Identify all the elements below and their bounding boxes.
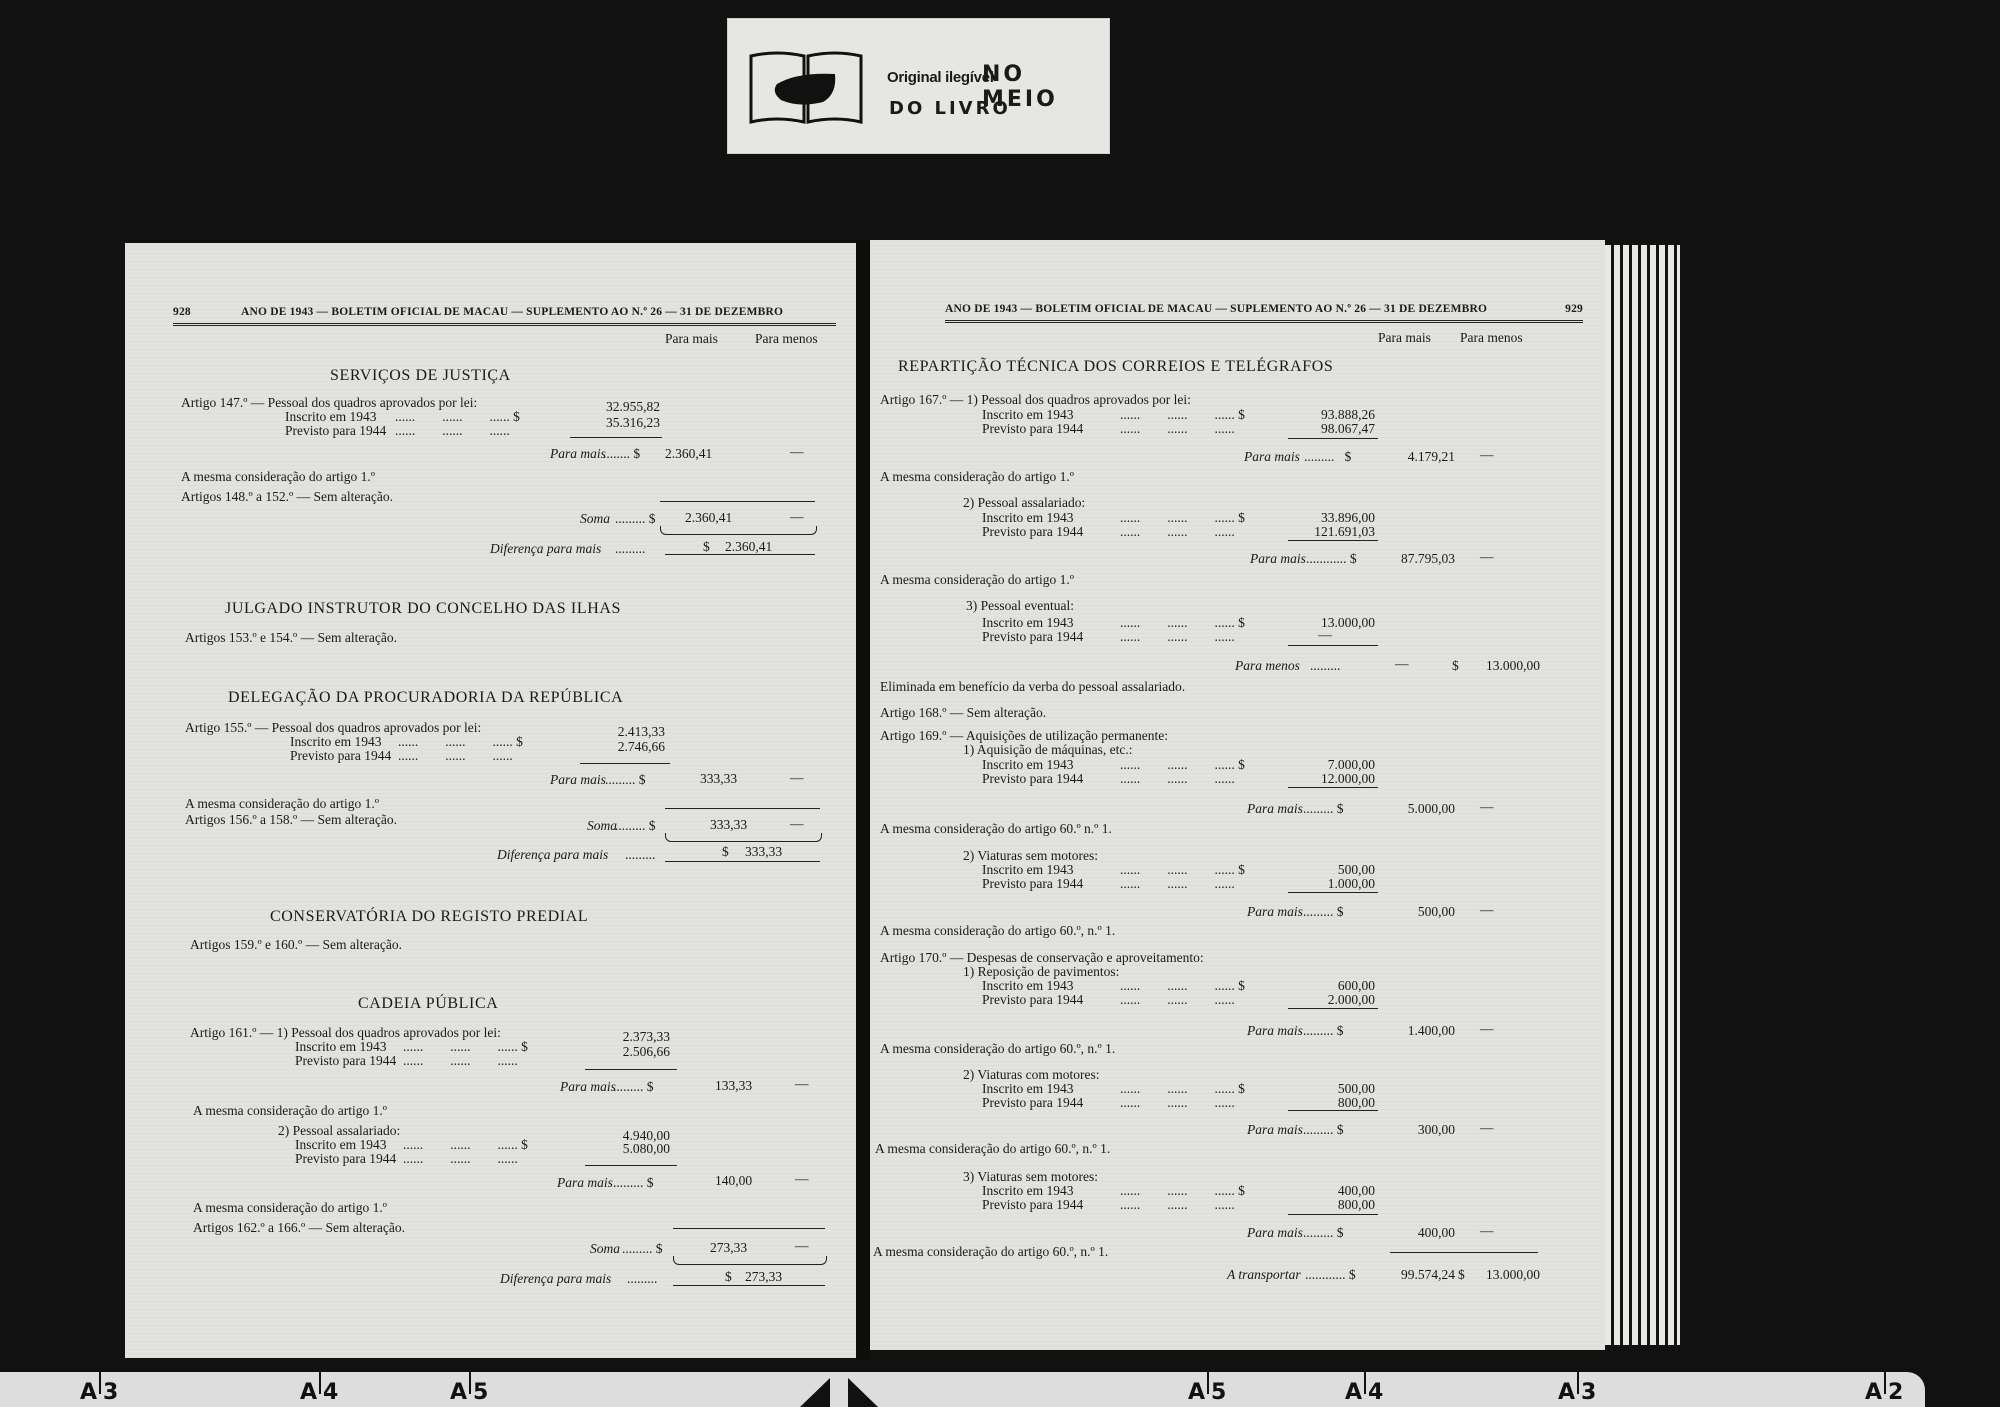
right-page: ANO DE 1943 — BOLETIM OFICIAL DE MACAU —… <box>870 240 1605 1350</box>
previsto-label: Previsto para 1944 <box>295 1053 396 1068</box>
leader-dots: ......... $ <box>1304 449 1351 464</box>
sum-rule <box>585 1069 677 1070</box>
leader-dots: ...... ...... ...... <box>1120 876 1235 891</box>
note: Eliminada em benefício da verba do pesso… <box>880 679 1185 694</box>
inscrito-label: Inscrito em 1943 <box>982 615 1073 630</box>
ruler-marker: A3 <box>1558 1380 1596 1405</box>
para-mais-value: 500,00 <box>1375 904 1455 920</box>
leader-dots: ......... <box>1310 658 1340 673</box>
leader-dots: ...... ...... ...... <box>403 1151 518 1166</box>
previsto-value: 2.746,66 <box>585 739 665 755</box>
leader-dots: ......... $ <box>622 1241 663 1256</box>
scan-ruler: A3 A4 A5 A5 A4 A3 A2 <box>0 1372 1925 1407</box>
leader-dots: ...... ...... ...... $ <box>398 734 523 749</box>
leader-dots: ......... <box>627 1271 657 1286</box>
note: A mesma consideração do artigo 1.º <box>193 1103 387 1118</box>
transportar-mais-value: 99.574,24 <box>1375 1267 1455 1283</box>
inscrito-label: Inscrito em 1943 <box>982 862 1073 877</box>
left-page: 928 ANO DE 1943 — BOLETIM OFICIAL DE MAC… <box>125 243 856 1358</box>
artigo-line: Artigo 167.º — 1) Pessoal dos quadros ap… <box>880 392 1191 407</box>
inscrito-label: Inscrito em 1943 <box>290 734 381 749</box>
previsto-value: 800,00 <box>1285 1197 1375 1213</box>
note: A mesma consideração do artigo 60.º, n.º… <box>873 1244 1108 1259</box>
rule <box>665 861 820 862</box>
inscrito-label: Inscrito em 1943 <box>295 1039 386 1054</box>
section-title: CADEIA PÚBLICA <box>358 995 498 1013</box>
inscrito-label: Inscrito em 1943 <box>295 1137 386 1152</box>
sum-rule <box>1288 1008 1378 1009</box>
para-mais-value: 133,33 <box>715 1078 775 1094</box>
previsto-label: Previsto para 1944 <box>285 423 386 438</box>
sem-alteracao: Artigos 153.º e 154.º — Sem alteração. <box>185 630 397 645</box>
leader-dots: ......... $ <box>1303 1023 1344 1038</box>
note: A mesma consideração do artigo 1.º <box>880 572 1074 587</box>
page-number: 928 <box>173 306 191 318</box>
note: A mesma consideração do artigo 1.º <box>880 469 1074 484</box>
sub-item-title: 3) Viaturas sem motores: <box>963 1169 1098 1184</box>
leader-dots: ...... ...... ...... $ <box>395 409 520 424</box>
artigo-line: Artigo 170.º — Despesas de conservação e… <box>880 950 1204 965</box>
leader-dots: ......... $ <box>1303 1225 1344 1240</box>
diferenca-value: 273,33 <box>745 1269 805 1285</box>
inscrito-label: Inscrito em 1943 <box>285 409 376 424</box>
para-menos-dash: — <box>790 444 804 460</box>
section-title: JULGADO INSTRUTOR DO CONCELHO DAS ILHAS <box>225 600 621 618</box>
sum-rule <box>1288 1110 1378 1111</box>
leader-dots: ...... ...... ...... $ <box>1120 757 1245 772</box>
para-mais-label: Para mais <box>550 772 606 787</box>
dash: — <box>1480 447 1494 463</box>
leader-dots: ......... <box>615 541 645 556</box>
artigo-line: Artigo 147.º — Pessoal dos quadros aprov… <box>181 395 477 410</box>
page-number: 929 <box>1565 303 1583 315</box>
soma-label: Soma <box>580 511 610 526</box>
transportar-label: A transportar <box>1227 1267 1301 1282</box>
previsto-value: 121.691,03 <box>1285 524 1375 540</box>
dash: — <box>1395 656 1409 672</box>
soma-value: 2.360,41 <box>685 510 765 526</box>
leader-dots: ...... ...... ...... <box>403 1053 518 1068</box>
para-mais-label: Para mais <box>557 1175 613 1190</box>
rule <box>673 1285 825 1286</box>
leader-dots: ...... ...... ...... <box>1120 992 1235 1007</box>
sub-item-title: 2) Pessoal assalariado: <box>278 1123 400 1138</box>
soma-label: Soma <box>587 818 617 833</box>
leader-dots: ...... ...... ...... $ <box>1120 615 1245 630</box>
leader-dots: ...... ...... ...... <box>1120 771 1235 786</box>
leader-dots: ...... ...... ...... $ <box>1120 407 1245 422</box>
leader-dots: ...... ...... ...... <box>1120 1197 1235 1212</box>
leader-dots: ...... ...... ...... $ <box>1120 978 1245 993</box>
sub-item-title: 2) Pessoal assalariado: <box>963 495 1085 510</box>
diferenca-label: Diferença para mais <box>500 1271 611 1286</box>
section-title: REPARTIÇÃO TÉCNICA DOS CORREIOS E TELÉGR… <box>898 358 1333 376</box>
sub-item-title: 1) Reposição de pavimentos: <box>963 964 1119 979</box>
leader-dots: ........ $ <box>603 446 640 461</box>
sum-rule <box>1288 438 1378 439</box>
diferenca-label: Diferença para mais <box>497 847 608 862</box>
para-mais-value: 400,00 <box>1375 1225 1455 1241</box>
header-rule <box>173 323 836 326</box>
leader-dots: ......... <box>625 847 655 862</box>
dash: — <box>795 1171 809 1187</box>
sum-rule <box>1288 540 1378 541</box>
para-mais-value: 87.795,03 <box>1375 551 1455 567</box>
book-gutter <box>856 240 870 1360</box>
dash: — <box>1480 799 1494 815</box>
printed-label-text: Original ilegível <box>887 69 994 86</box>
rule <box>660 501 815 502</box>
sub-item-title: 2) Viaturas com motores: <box>963 1067 1100 1082</box>
sem-alteracao: Artigos 156.º a 158.º — Sem alteração. <box>185 812 397 827</box>
diferenca-value: 2.360,41 <box>725 539 805 555</box>
previsto-value: 12.000,00 <box>1285 771 1375 787</box>
leader-dots: ......... $ <box>613 1079 654 1094</box>
inscrito-label: Inscrito em 1943 <box>982 510 1073 525</box>
brace <box>665 833 822 842</box>
leader-dots: ...... ...... ...... <box>1120 1095 1235 1110</box>
previsto-value: 98.067,47 <box>1285 421 1375 437</box>
note: A mesma consideração do artigo 60.º, n.º… <box>875 1141 1110 1156</box>
para-mais-label: Para mais <box>1250 551 1306 566</box>
leader-dots: ......... $ <box>613 1175 654 1190</box>
para-mais-label: Para mais <box>1247 1225 1303 1240</box>
brace <box>660 526 817 535</box>
sub-item-title: 3) Pessoal eventual: <box>966 598 1074 613</box>
previsto-value: 35.316,23 <box>580 415 660 431</box>
rule <box>665 554 815 555</box>
book-page-edges <box>1605 245 1680 1345</box>
leader-dots: ............ $ <box>1306 551 1357 566</box>
artigo-line: Artigo 155.º — Pessoal dos quadros aprov… <box>185 720 481 735</box>
sub-item-title: 1) Aquisição de máquinas, etc.: <box>963 742 1132 757</box>
leader-dots: ...... ...... ...... <box>398 748 513 763</box>
para-mais-label: Para mais <box>1244 449 1300 464</box>
leader-dots: ...... ...... ...... <box>1120 421 1235 436</box>
note: A mesma consideração do artigo 60.º, n.º… <box>880 923 1115 938</box>
leader-dots: ...... ...... ...... <box>395 423 510 438</box>
header-title: ANO DE 1943 — BOLETIM OFICIAL DE MACAU —… <box>241 306 783 318</box>
inscrito-label: Inscrito em 1943 <box>982 1183 1073 1198</box>
sub-item-title: 2) Viaturas sem motores: <box>963 848 1098 863</box>
sum-rule <box>1288 1214 1378 1215</box>
inscrito-value: 2.373,33 <box>590 1029 670 1045</box>
illegible-original-label: Original ilegível NO MEIO DO LIVRO <box>727 18 1110 154</box>
rule <box>665 808 820 809</box>
inscrito-label: Inscrito em 1943 <box>982 978 1073 993</box>
leader-dots: ............ $ <box>1305 1267 1356 1282</box>
note: A mesma consideração do artigo 1.º <box>193 1200 387 1215</box>
running-header: 928 ANO DE 1943 — BOLETIM OFICIAL DE MAC… <box>173 306 836 326</box>
previsto-value: 2.000,00 <box>1285 992 1375 1008</box>
col-para-menos: Para menos <box>1460 330 1523 346</box>
handwritten-note-line2: DO LIVRO <box>889 98 1011 119</box>
soma-value: 273,33 <box>710 1240 770 1256</box>
previsto-label: Previsto para 1944 <box>982 876 1083 891</box>
ruler-marker: A5 <box>1188 1380 1226 1405</box>
col-para-mais: Para mais <box>665 331 718 347</box>
dash: — <box>790 816 804 832</box>
para-mais-label: Para mais <box>1247 801 1303 816</box>
brace <box>673 1256 827 1265</box>
previsto-label: Previsto para 1944 <box>290 748 391 763</box>
section-title: DELEGAÇÃO DA PROCURADORIA DA REPÚBLICA <box>228 689 623 707</box>
section-title: CONSERVATÓRIA DO REGISTO PREDIAL <box>270 908 588 926</box>
leader-dots: ...... ...... ...... $ <box>403 1137 528 1152</box>
soma-value: 333,33 <box>710 817 770 833</box>
leader-dots: ......... $ <box>1303 1122 1344 1137</box>
inscrito-value: 32.955,82 <box>580 399 660 415</box>
soma-label: Soma <box>590 1241 620 1256</box>
leader-dots: ......... $ <box>615 511 656 526</box>
currency: $ <box>1458 1267 1465 1282</box>
leader-dots: ...... ...... ...... $ <box>1120 862 1245 877</box>
currency: $ <box>703 539 710 554</box>
dash: — <box>790 509 804 525</box>
ruler-marker: A4 <box>300 1380 338 1405</box>
sum-rule <box>1288 892 1378 893</box>
leader-dots: ...... ...... ...... $ <box>1120 1081 1245 1096</box>
para-mais-label: Para mais <box>550 446 606 461</box>
leader-dots: ...... ...... ...... <box>1120 524 1235 539</box>
artigo-line: Artigo 169.º — Aquisições de utilização … <box>880 728 1168 743</box>
dash: — <box>1480 549 1494 565</box>
inscrito-value: 2.413,33 <box>585 724 665 740</box>
leader-dots: ......... $ <box>1303 904 1344 919</box>
artigo-line: Artigo 168.º — Sem alteração. <box>880 705 1046 720</box>
dash: — <box>1480 902 1494 918</box>
para-mais-value: 140,00 <box>715 1173 775 1189</box>
sum-rule <box>1288 787 1378 788</box>
sum-rule <box>1288 645 1378 646</box>
previsto-label: Previsto para 1944 <box>295 1151 396 1166</box>
currency: $ <box>722 844 729 859</box>
col-para-mais: Para mais <box>1378 330 1431 346</box>
previsto-value: 800,00 <box>1285 1095 1375 1111</box>
previsto-label: Previsto para 1944 <box>982 1197 1083 1212</box>
previsto-value: 2.506,66 <box>590 1044 670 1060</box>
col-para-menos: Para menos <box>755 331 818 347</box>
previsto-label: Previsto para 1944 <box>982 524 1083 539</box>
para-mais-label: Para mais <box>1247 904 1303 919</box>
note: A mesma consideração do artigo 1.º <box>181 469 375 484</box>
sem-alteracao: Artigos 162.º a 166.º — Sem alteração. <box>193 1220 405 1235</box>
note: A mesma consideração do artigo 60.º n.º … <box>880 821 1112 836</box>
previsto-label: Previsto para 1944 <box>982 771 1083 786</box>
previsto-value: — <box>1305 627 1345 643</box>
sem-alteracao: Artigos 159.º e 160.º — Sem alteração. <box>190 937 402 952</box>
para-mais-label: Para mais <box>1247 1122 1303 1137</box>
sem-alteracao: Artigos 148.º a 152.º — Sem alteração. <box>181 489 393 504</box>
dash: — <box>795 1076 809 1092</box>
previsto-label: Previsto para 1944 <box>982 992 1083 1007</box>
rule <box>673 1228 825 1229</box>
header-title: ANO DE 1943 — BOLETIM OFICIAL DE MACAU —… <box>945 303 1487 315</box>
sum-rule <box>570 437 662 438</box>
para-mais-value: 1.400,00 <box>1375 1023 1455 1039</box>
para-menos-label: Para menos <box>1235 658 1300 673</box>
center-arrows-icon <box>800 1378 880 1407</box>
para-mais-value: 2.360,41 <box>665 446 745 462</box>
ruler-marker: A5 <box>450 1380 488 1405</box>
currency: $ <box>1452 658 1459 673</box>
total-rule <box>1390 1252 1538 1253</box>
header-rule <box>945 320 1583 323</box>
damaged-book-icon <box>747 50 865 126</box>
dash: — <box>1480 1021 1494 1037</box>
para-mais-value: 300,00 <box>1375 1122 1455 1138</box>
para-mais-value: 333,33 <box>700 771 760 787</box>
ruler-marker: A4 <box>1345 1380 1383 1405</box>
previsto-label: Previsto para 1944 <box>982 1095 1083 1110</box>
sum-rule <box>585 1165 677 1166</box>
leader-dots: ...... ...... ...... <box>1120 629 1235 644</box>
inscrito-label: Inscrito em 1943 <box>982 757 1073 772</box>
note: A mesma consideração do artigo 1.º <box>185 796 379 811</box>
section-title: SERVIÇOS DE JUSTIÇA <box>330 367 511 385</box>
previsto-label: Previsto para 1944 <box>982 421 1083 436</box>
para-mais-label: Para mais <box>1247 1023 1303 1038</box>
previsto-value: 1.000,00 <box>1285 876 1375 892</box>
inscrito-label: Inscrito em 1943 <box>982 407 1073 422</box>
previsto-value: 5.080,00 <box>590 1141 670 1157</box>
diferenca-label: Diferença para mais <box>490 541 601 556</box>
diferenca-value: 333,33 <box>745 844 805 860</box>
inscrito-label: Inscrito em 1943 <box>982 1081 1073 1096</box>
para-mais-value: 4.179,21 <box>1375 449 1455 465</box>
artigo-line: Artigo 161.º — 1) Pessoal dos quadros ap… <box>190 1025 501 1040</box>
dash: — <box>790 770 804 786</box>
dash: — <box>1480 1120 1494 1136</box>
leader-dots: ...... ...... ...... $ <box>1120 510 1245 525</box>
para-mais-label: Para mais <box>560 1079 616 1094</box>
sum-rule <box>580 763 670 764</box>
leader-dots: ...... ...... ...... $ <box>403 1039 528 1054</box>
para-menos-value: 13.000,00 <box>1460 658 1540 674</box>
dash: — <box>1480 1223 1494 1239</box>
previsto-label: Previsto para 1944 <box>982 629 1083 644</box>
ruler-marker: A2 <box>1865 1380 1903 1405</box>
dash: — <box>795 1238 809 1254</box>
leader-dots: ......... $ <box>605 772 646 787</box>
note: A mesma consideração do artigo 60.º, n.º… <box>880 1041 1115 1056</box>
currency: $ <box>725 1269 732 1284</box>
ruler-marker: A3 <box>80 1380 118 1405</box>
transportar-menos-value: 13.000,00 <box>1465 1267 1540 1283</box>
leader-dots: ...... ...... ...... $ <box>1120 1183 1245 1198</box>
running-header: ANO DE 1943 — BOLETIM OFICIAL DE MACAU —… <box>945 303 1583 323</box>
leader-dots: ......... $ <box>1303 801 1344 816</box>
para-mais-value: 5.000,00 <box>1375 801 1455 817</box>
leader-dots: ......... $ <box>615 818 656 833</box>
